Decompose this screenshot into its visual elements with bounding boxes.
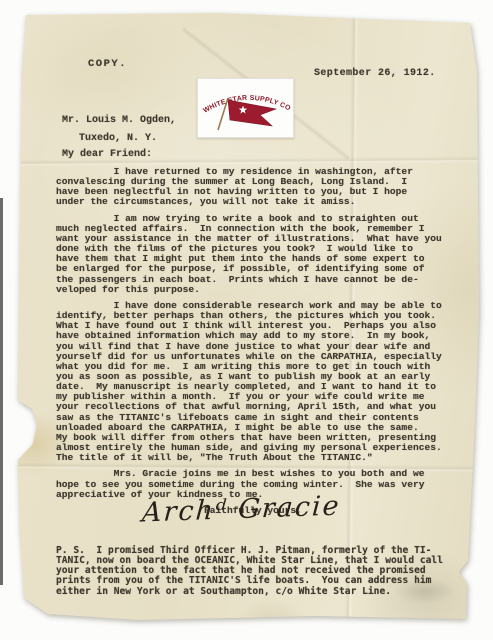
- recipient-city: Tuxedo, N. Y.: [79, 130, 176, 148]
- paragraph-2: I am now trying to write a book and to s…: [56, 214, 460, 295]
- recipient-name: Mr. Louis M. Ogden,: [62, 112, 176, 130]
- paragraph-3: I have done considerable research work a…: [56, 301, 460, 464]
- postscript: P. S. I promised Third Officer H. J. Pit…: [56, 546, 443, 597]
- scanned-letter-page: COPY. September 26, 1912. WHITE STAR SUP…: [0, 0, 493, 640]
- salutation: My dear Friend:: [62, 149, 152, 160]
- letter-date: September 26, 1912.: [314, 68, 436, 79]
- copy-label: COPY.: [88, 58, 127, 70]
- letter-body: I have returned to my residence in washi…: [56, 167, 460, 516]
- letter-paper: COPY. September 26, 1912. WHITE STAR SUP…: [18, 12, 480, 628]
- handwritten-signature: Archᵈ Gracie: [141, 490, 342, 528]
- recipient-address: Mr. Louis M. Ogden, Tuxedo, N. Y.: [62, 112, 176, 148]
- white-star-flag-icon: WHITE STAR SUPPLY CO: [198, 79, 293, 137]
- paragraph-1: I have returned to my residence in washi…: [56, 167, 460, 208]
- scan-edge-artifact: [0, 198, 3, 585]
- letter-paper-wrapper: COPY. September 26, 1912. WHITE STAR SUP…: [18, 12, 480, 628]
- white-star-supply-logo: WHITE STAR SUPPLY CO: [197, 78, 294, 138]
